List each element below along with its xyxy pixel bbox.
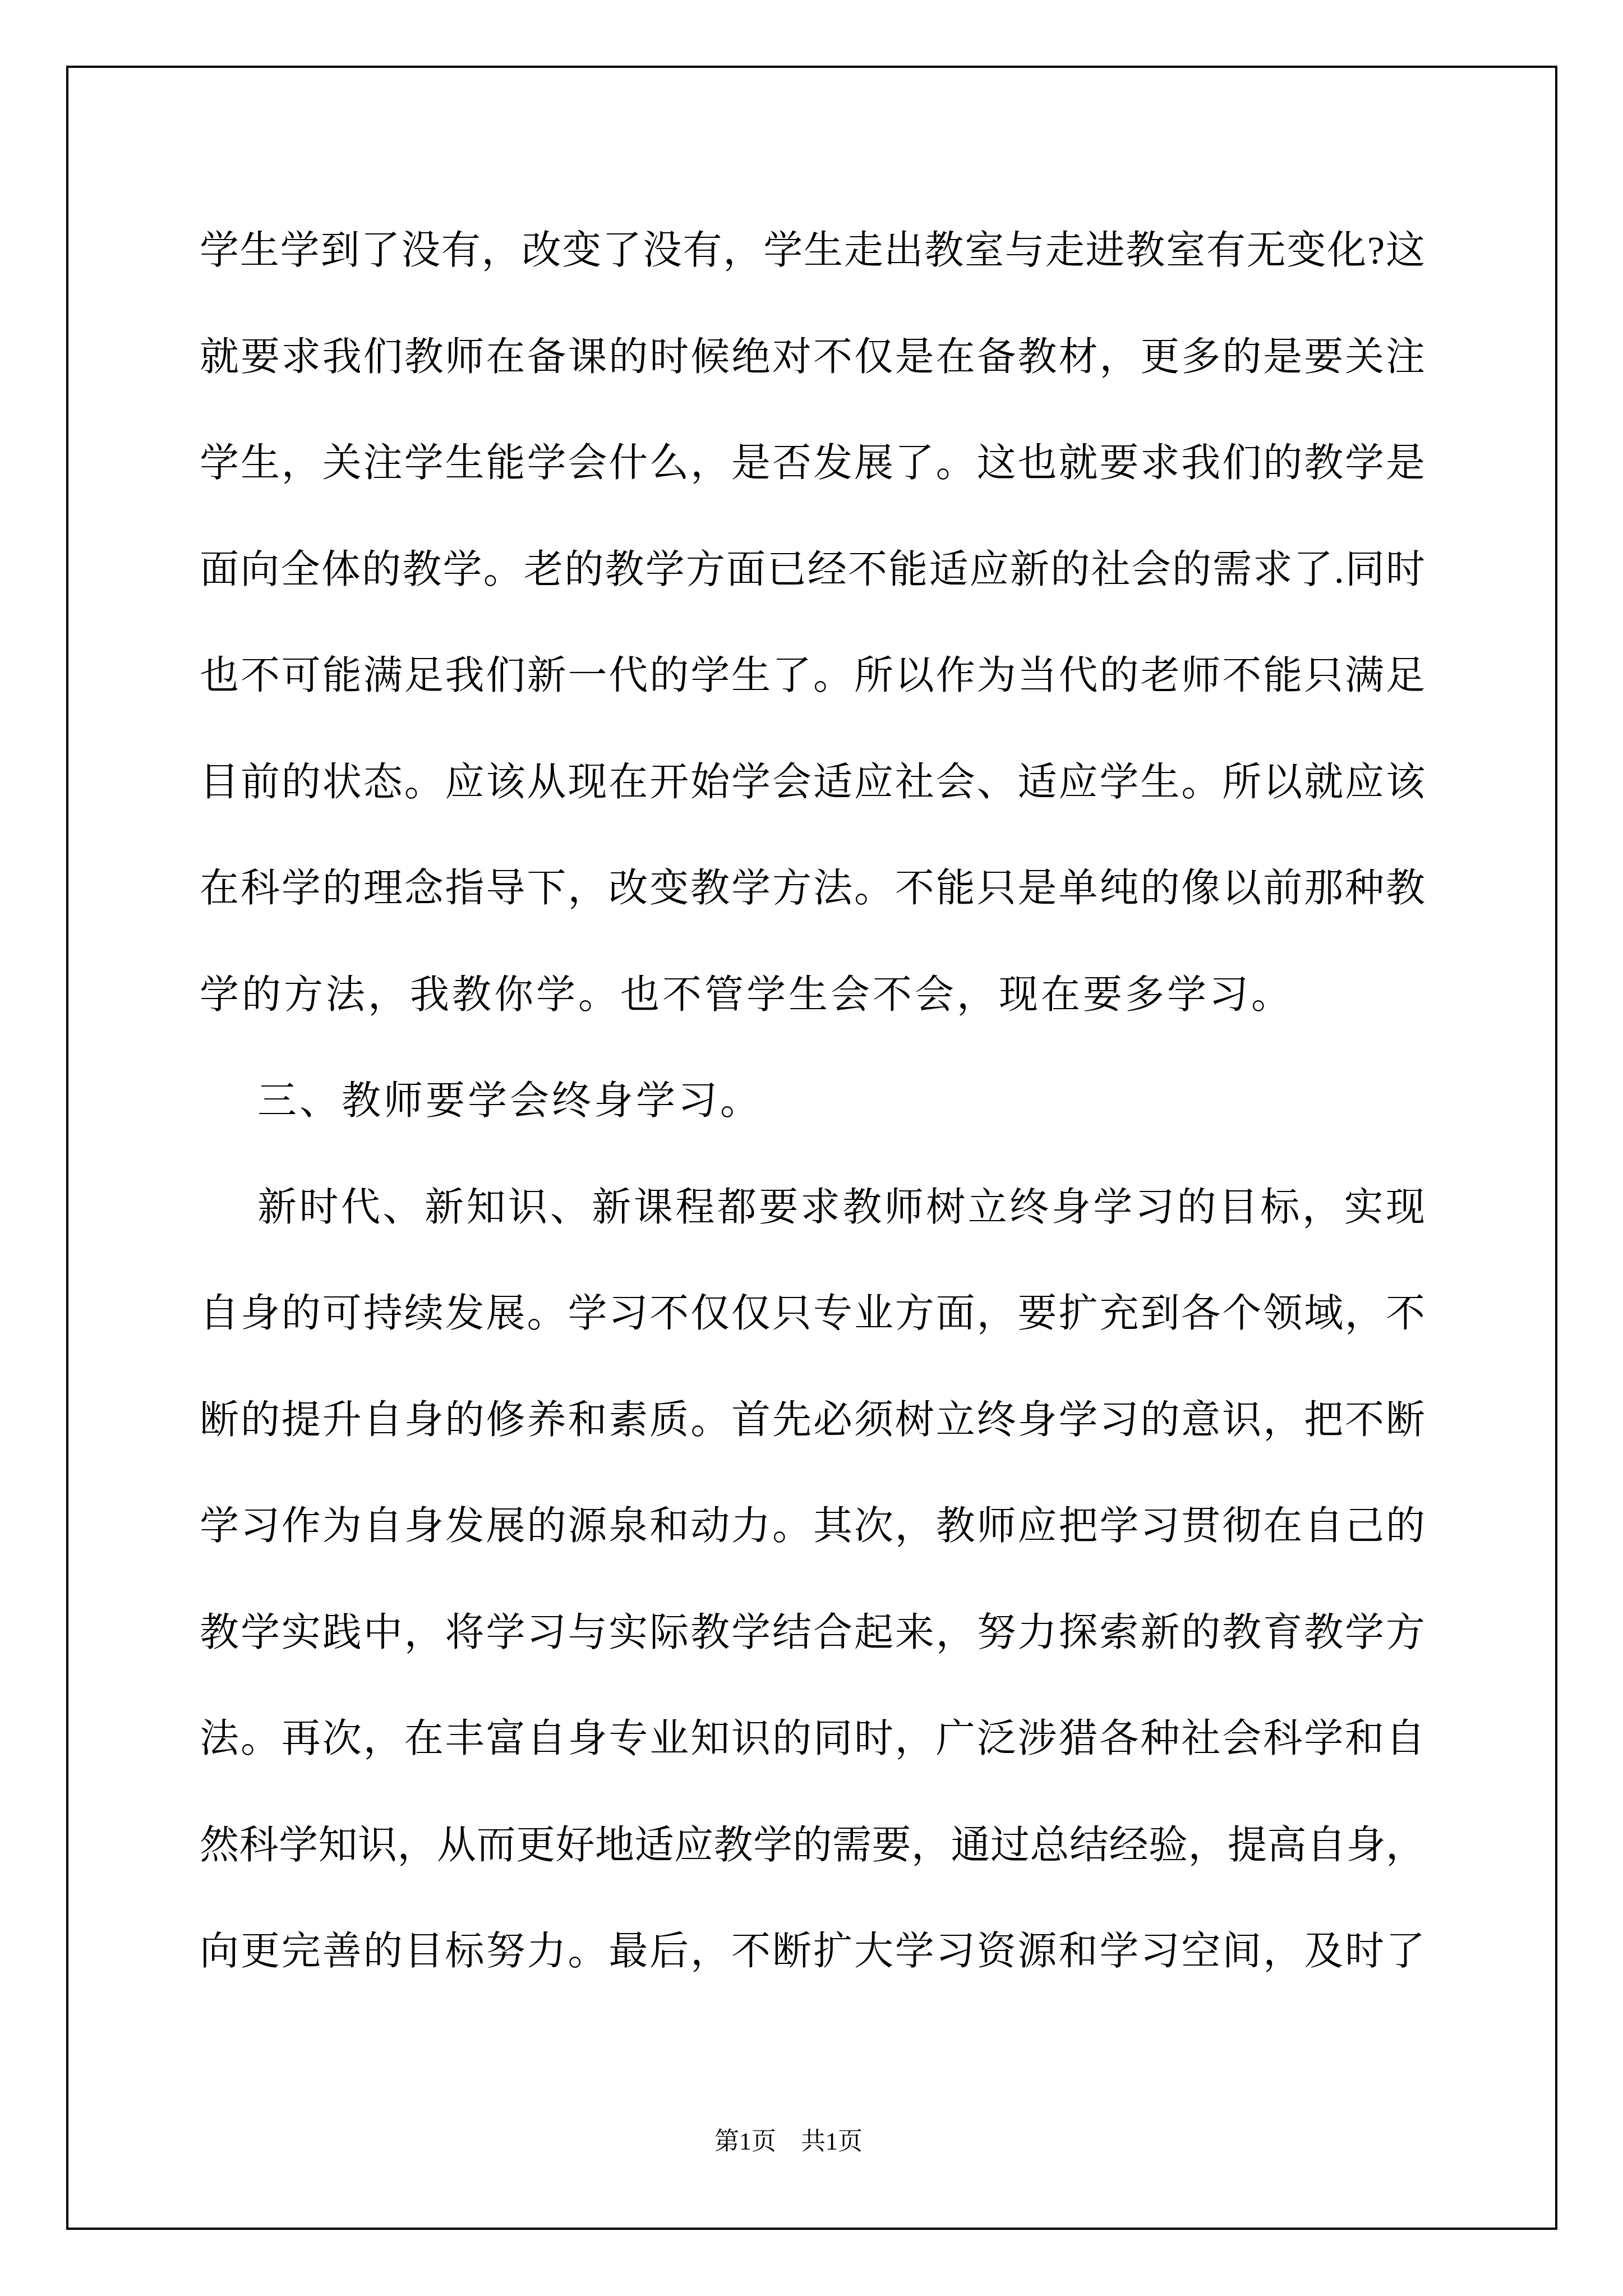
text-line: 然科学知识，从而更好地适应教学的需要，通过总结经验，提高自身， [200, 1793, 1425, 1899]
document-body: 学生学到了没有，改变了没有，学生走出教室与走进教室有无变化?这就要求我们教师在备… [200, 198, 1425, 2005]
text-line: 新时代、新知识、新课程都要求教师树立终身学习的目标，实现 [200, 1155, 1425, 1262]
text-line: 三、教师要学会终身学习。 [200, 1048, 1425, 1155]
document-page: 学生学到了没有，改变了没有，学生走出教室与走进教室有无变化?这就要求我们教师在备… [0, 0, 1623, 2296]
text-line: 教学实践中，将学习与实际教学结合起来，努力探索新的教育教学方 [200, 1580, 1425, 1687]
text-line: 自身的可持续发展。学习不仅仅只专业方面，要扩充到各个领域，不 [200, 1261, 1425, 1368]
text-line: 在科学的理念指导下，改变教学方法。不能只是单纯的像以前那种教 [200, 836, 1425, 942]
text-line: 就要求我们教师在备课的时候绝对不仅是在备教材，更多的是要关注 [200, 305, 1425, 411]
text-line: 学习作为自身发展的源泉和动力。其次，教师应把学习贯彻在自己的 [200, 1474, 1425, 1580]
text-line: 学生学到了没有，改变了没有，学生走出教室与走进教室有无变化?这 [200, 198, 1425, 305]
text-line: 面向全体的教学。老的教学方面已经不能适应新的社会的需求了.同时 [200, 517, 1425, 624]
text-line: 向更完善的目标努力。最后，不断扩大学习资源和学习空间，及时了 [200, 1899, 1425, 2005]
text-line: 目前的状态。应该从现在开始学会适应社会、适应学生。所以就应该 [200, 730, 1425, 836]
text-line: 学的方法，我教你学。也不管学生会不会，现在要多学习。 [200, 942, 1425, 1049]
text-line: 法。再次，在丰富自身专业知识的同时，广泛涉猎各种社会科学和自 [200, 1686, 1425, 1793]
page-number-label: 第1页 共1页 [714, 2128, 863, 2155]
text-line: 学生，关注学生能学会什么，是否发展了。这也就要求我们的教学是 [200, 411, 1425, 517]
text-line: 断的提升自身的修养和素质。首先必须树立终身学习的意识，把不断 [200, 1368, 1425, 1474]
text-line: 也不可能满足我们新一代的学生了。所以作为当代的老师不能只满足 [200, 623, 1425, 730]
page-footer: 第1页 共1页 [0, 2119, 1577, 2164]
